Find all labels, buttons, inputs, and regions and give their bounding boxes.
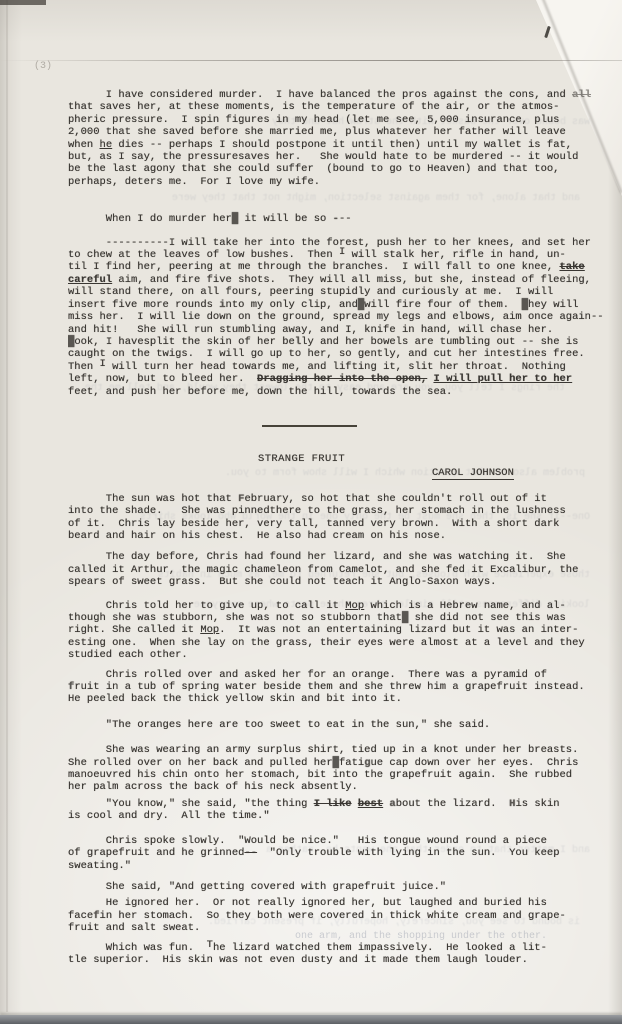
- text-line: be the last agony that she could suffer …: [68, 163, 620, 175]
- separator-line: [262, 425, 357, 427]
- text-line: when he dies -- perhaps I should postpon…: [68, 139, 620, 151]
- text-line: will stand there, on all fours, peering …: [68, 286, 620, 298]
- text-line: He ignored her. Or not really ignored he…: [68, 897, 620, 909]
- essay-paragraph-1: I have considered murder. I have balance…: [68, 89, 620, 188]
- text-line: She was wearing an army surplus shirt, t…: [68, 744, 620, 756]
- text-line: The sun was hot that February, so hot th…: [68, 493, 620, 505]
- faint-page-number: (3): [34, 61, 52, 72]
- text-line: of it. Chris lay beside her, very tall, …: [68, 518, 620, 530]
- text-line: and hit! She will run stumbling away, an…: [68, 324, 620, 336]
- text-line: beard and hair on his chest. He also had…: [68, 530, 620, 542]
- text-line: perhaps, deters me. For I love my wife.: [68, 176, 620, 188]
- text-line: is cool and dry. All the time.": [68, 810, 620, 822]
- text-line: She rolled over on her back and pulled h…: [68, 757, 620, 769]
- text-line: pheric pressure. I spin figures in my he…: [68, 114, 620, 126]
- text-column: I have considered murder. I have balance…: [68, 0, 620, 1024]
- text-line: Chris told her to give up, to call it Mo…: [68, 600, 620, 612]
- text-line: studied each other.: [68, 649, 620, 661]
- story-paragraph-6: She was wearing an army surplus shirt, t…: [68, 744, 620, 794]
- text-line: til I find her, peering at me through th…: [68, 261, 620, 273]
- story-author: CAROL JOHNSON: [432, 467, 514, 480]
- text-line: miss her. I will lie down on the ground,…: [68, 311, 620, 323]
- story-byline: CAROL JOHNSON: [432, 467, 620, 479]
- text-line: left, now, but to bleed her. Dragging he…: [68, 373, 620, 385]
- text-line: spears of sweet grass. But she could not…: [68, 576, 620, 588]
- text-line: careful aim, and fire five shots. They w…: [68, 274, 620, 286]
- story-paragraph-9: She said, "And getting covered with grap…: [68, 881, 620, 893]
- text-line: He peeled back the thick yellow skin and…: [68, 693, 620, 705]
- text-line: sweating.": [68, 860, 620, 872]
- text-line: The day before, Chris had found her liza…: [68, 551, 620, 563]
- text-line: her palm across the back of his neck abs…: [68, 781, 620, 793]
- text-line: of grapefruit and he grinned-- "Only tro…: [68, 847, 620, 859]
- story-paragraph-4: Chris rolled over and asked her for an o…: [68, 669, 620, 706]
- text-line: right. She called it Mop. It was not an …: [68, 624, 620, 636]
- text-line: into the shade. She was pinnedthere to t…: [68, 505, 620, 517]
- text-line: Which was fun. The lizard watched them i…: [68, 942, 620, 954]
- text-line: insert five more rounds into my only cli…: [68, 299, 620, 311]
- text-line: esting one. When she lay on the grass, t…: [68, 637, 620, 649]
- story-paragraph-7: "You know," she said, "the thing I like …: [68, 798, 620, 823]
- text-line: 2,000 that she saved before she married …: [68, 126, 620, 138]
- vertical-fold-crease: [6, 0, 8, 1012]
- text-line: facefin her stomach. So they both were c…: [68, 910, 620, 922]
- text-line: Then I will turn her head towards me, an…: [68, 361, 620, 373]
- text-line: called it Arthur, the magic chameleon fr…: [68, 564, 620, 576]
- text-line: "You know," she said, "the thing I like …: [68, 798, 620, 810]
- story-paragraph-1: The sun was hot that February, so hot th…: [68, 493, 620, 543]
- scan-edge-smudge: [0, 0, 46, 5]
- text-line: caught on the twigs. I will go up to her…: [68, 348, 620, 360]
- text-line: feet, and push her before me, down the h…: [68, 386, 620, 398]
- text-line: but, as I say, the pressuresaves her. Sh…: [68, 151, 620, 163]
- text-line: fruit in a tub of spring water beside th…: [68, 681, 620, 693]
- scanned-page: (3) was bound over the basket with the s…: [0, 0, 622, 1024]
- text-line: She said, "And getting covered with grap…: [68, 881, 620, 893]
- text-line: "The oranges here are too sweet to eat i…: [68, 719, 620, 731]
- scanner-background-strip: [0, 1015, 622, 1024]
- text-line: Chris spoke slowly. "Would be nice." His…: [68, 835, 620, 847]
- story-paragraph-3: Chris told her to give up, to call it Mo…: [68, 600, 620, 662]
- story-paragraph-8: Chris spoke slowly. "Would be nice." His…: [68, 835, 620, 872]
- essay-paragraph-3: ----------I will take her into the fores…: [68, 237, 620, 398]
- story-paragraph-10: He ignored her. Or not really ignored he…: [68, 897, 620, 934]
- text-line: to chew at the leaves of low bushes. The…: [68, 249, 620, 261]
- story-title: STRANGE FRUIT: [258, 453, 620, 465]
- story-paragraph-2: The day before, Chris had found her liza…: [68, 551, 620, 588]
- text-line: Chris rolled over and asked her for an o…: [68, 669, 620, 681]
- text-line: manoeuvred his chin onto her stomach, bi…: [68, 769, 620, 781]
- text-line: tle superior. His skin was not even dust…: [68, 954, 620, 966]
- text-line: though she was stubborn, she was not so …: [68, 612, 620, 624]
- text-line: that saves her, at these moments, is the…: [68, 101, 620, 113]
- essay-paragraph-2: When I do murder her█ it will be so ---: [68, 213, 620, 225]
- story-paragraph-5: "The oranges here are too sweet to eat i…: [68, 719, 620, 731]
- text-line: I have considered murder. I have balance…: [68, 89, 620, 101]
- text-line: fruit and salt sweat.: [68, 922, 620, 934]
- story-paragraph-11: Which was fun. The lizard watched them i…: [68, 942, 620, 967]
- text-line: When I do murder her█ it will be so ---: [68, 213, 620, 225]
- text-line: █ook, I havesplit the skin of her belly …: [68, 336, 620, 348]
